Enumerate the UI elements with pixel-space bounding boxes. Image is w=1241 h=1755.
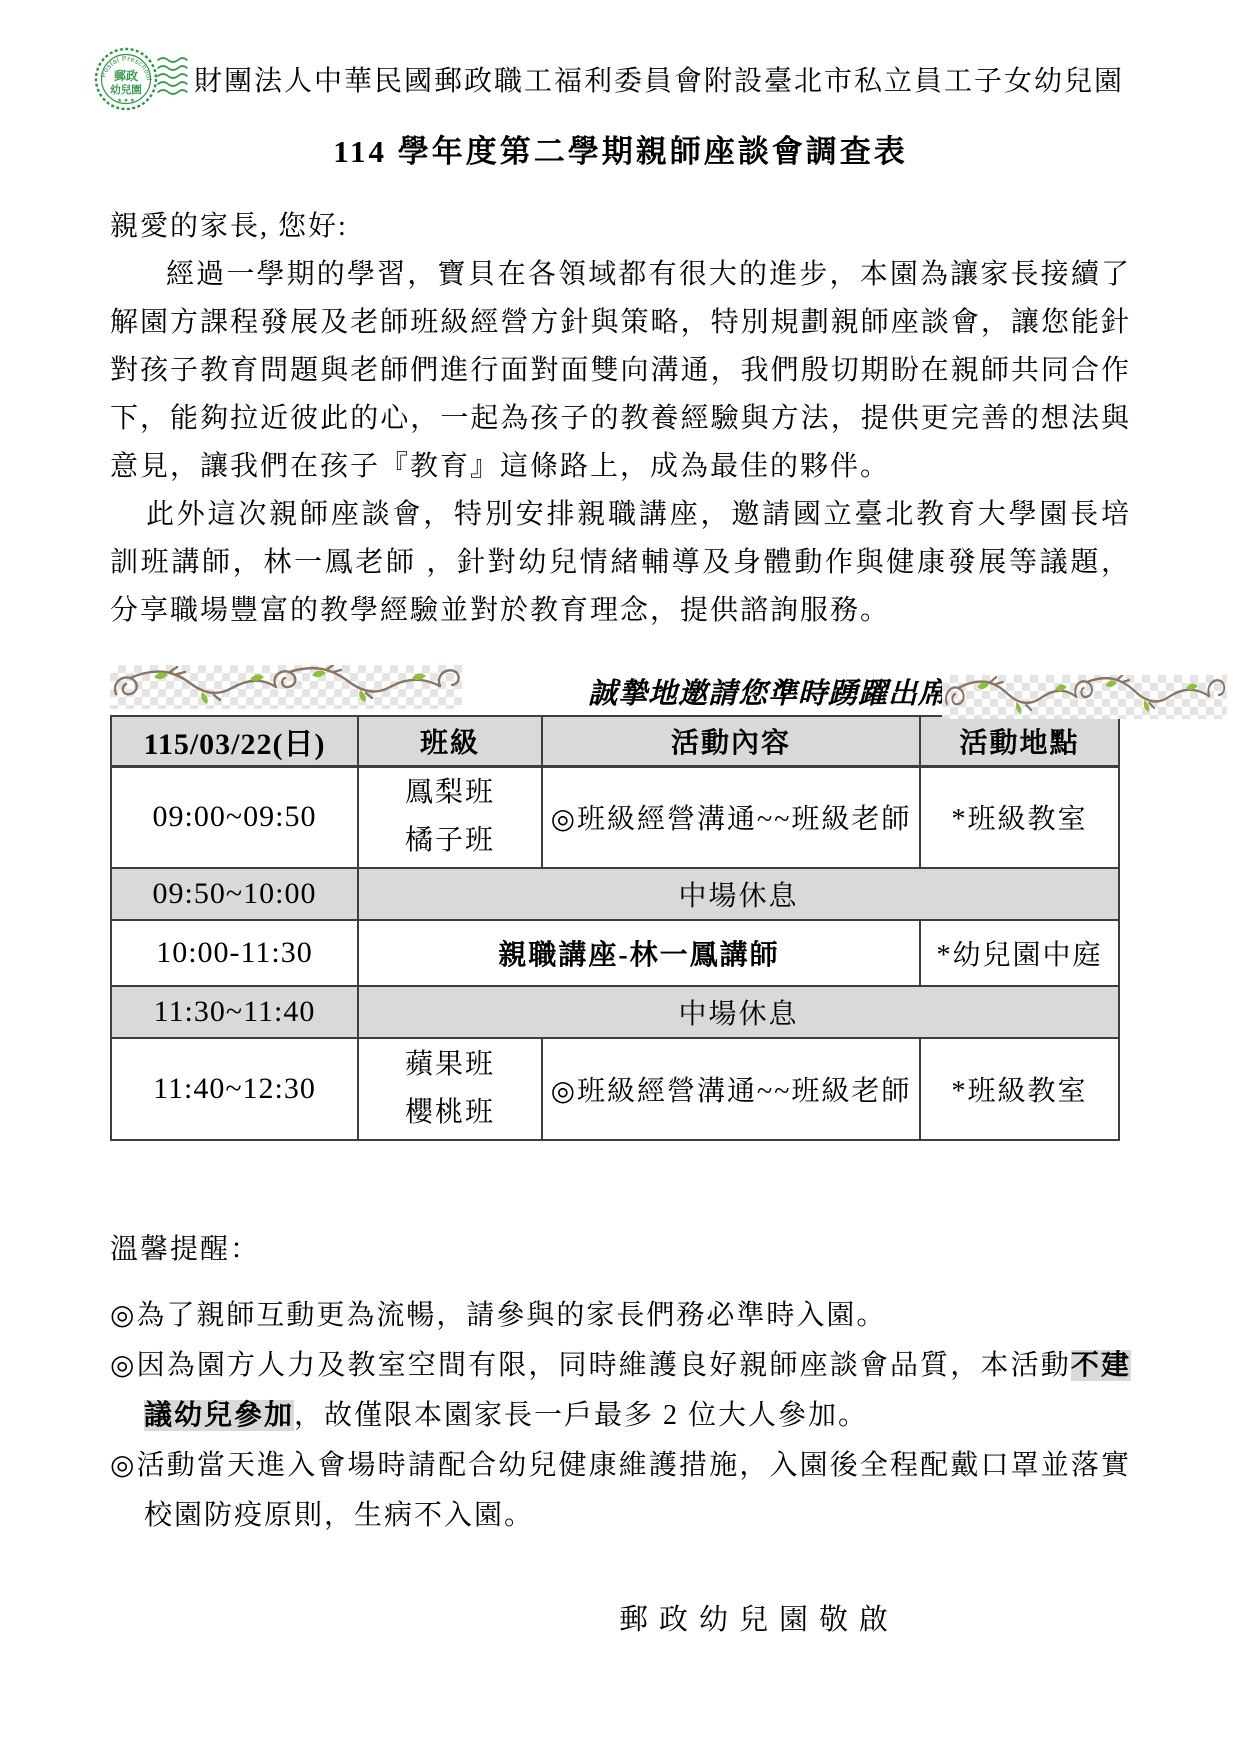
schedule-header-row: 115/03/22(日) 班級 活動內容 活動地點 (111, 716, 1119, 766)
reminder-item-3: ◎活動當天進入會場時請配合幼兒健康維護措施，入園後全程配戴口罩並落實校園防疫原則… (110, 1441, 1131, 1541)
header: Postal Preschool 郵政 幼兒園 ★ ★ ★ 財團法人中華民國郵政… (0, 0, 1241, 118)
stamp-center-text-1: 郵政 (114, 68, 138, 83)
reminder-item-2-text: ◎因為園方人力及教室空間有限，同時維護良好親師座談會品質，本活動 (110, 1350, 1071, 1381)
class-name: 櫻桃班 (363, 1089, 537, 1137)
schedule-break-cell: 中場休息 (358, 986, 1119, 1038)
reminder-item-2-text: ，故僅限本園家長一戶最多 2 位大人參加。 (294, 1400, 868, 1431)
class-name: 蘋果班 (363, 1041, 537, 1089)
schedule-class-cell: 鳳梨班 橘子班 (358, 766, 542, 868)
vine-ornament-right-icon (942, 675, 1227, 719)
invitation-banner: 誠摯地邀請您準時踴躍出席 (110, 665, 1131, 715)
schedule-time-cell: 10:00-11:30 (111, 920, 358, 986)
postal-preschool-stamp-icon: Postal Preschool 郵政 幼兒園 ★ ★ ★ (92, 42, 188, 116)
schedule-date-header: 115/03/22(日) (111, 716, 358, 766)
schedule-time-cell: 11:40~12:30 (111, 1038, 358, 1140)
schedule-time-cell: 09:50~10:00 (111, 868, 358, 920)
schedule-break-row: 09:50~10:00 中場休息 (111, 868, 1119, 920)
schedule-col-location: 活動地點 (920, 716, 1119, 766)
schedule-col-class: 班級 (358, 716, 542, 766)
schedule-activity-cell: ◎班級經營溝通~~班級老師 (542, 766, 920, 868)
stamp-stars: ★ ★ ★ (117, 97, 135, 104)
invitation-text: 誠摯地邀請您準時踴躍出席 (588, 671, 948, 712)
schedule-activity-cell: ◎班級經營溝通~~班級老師 (542, 1038, 920, 1140)
schedule-time-cell: 09:00~09:50 (111, 766, 358, 868)
postmark-waves-icon (158, 58, 187, 94)
schedule-time-cell: 11:30~11:40 (111, 986, 358, 1038)
document-page: Postal Preschool 郵政 幼兒園 ★ ★ ★ 財團法人中華民國郵政… (0, 0, 1241, 1755)
schedule-lecture-row: 10:00-11:30 親職講座-林一鳳講師 *幼兒園中庭 (111, 920, 1119, 986)
stamp-center-text-2: 幼兒園 (110, 83, 142, 96)
class-name: 鳳梨班 (363, 769, 537, 817)
vine-ornament-left-icon (110, 665, 462, 709)
reminder-item-2: ◎因為園方人力及教室空間有限，同時維護良好親師座談會品質，本活動不建議幼兒參加，… (110, 1341, 1131, 1441)
reminders-heading: 溫馨提醒： (110, 1225, 1131, 1275)
schedule-break-cell: 中場休息 (358, 868, 1119, 920)
schedule-class-cell: 蘋果班 櫻桃班 (358, 1038, 542, 1140)
schedule-lecture-cell: 親職講座-林一鳳講師 (358, 920, 920, 986)
schedule-break-row: 11:30~11:40 中場休息 (111, 986, 1119, 1038)
document-title: 114 學年度第二學期親師座談會調查表 (0, 126, 1241, 171)
schedule-location-cell: *班級教室 (920, 766, 1119, 868)
schedule-col-activity: 活動內容 (542, 716, 920, 766)
reminders-list: ◎為了親師互動更為流暢，請參與的家長們務必準時入園。 ◎因為園方人力及教室空間有… (110, 1291, 1131, 1541)
organization-name: 財團法人中華民國郵政職工福利委員會附設臺北市私立員工子女幼兒園 (194, 59, 1124, 99)
reminder-item-1: ◎為了親師互動更為流暢，請參與的家長們務必準時入園。 (110, 1291, 1131, 1341)
class-name: 橘子班 (363, 817, 537, 865)
schedule-row-5: 11:40~12:30 蘋果班 櫻桃班 ◎班級經營溝通~~班級老師 *班級教室 (111, 1038, 1119, 1140)
schedule-row-1: 09:00~09:50 鳳梨班 橘子班 ◎班級經營溝通~~班級老師 *班級教室 (111, 766, 1119, 868)
schedule-location-cell: *班級教室 (920, 1038, 1119, 1140)
signature: 郵政幼兒園敬啟 (110, 1597, 1131, 1638)
greeting-line: 親愛的家長, 您好: (110, 203, 1131, 251)
letter-body: 親愛的家長, 您好: 經過一學期的學習，寶貝在各領域都有很大的進步，本園為讓家長… (110, 203, 1131, 635)
reminders-section: 溫馨提醒： ◎為了親師互動更為流暢，請參與的家長們務必準時入園。 ◎因為園方人力… (110, 1225, 1131, 1638)
letter-paragraph-1: 經過一學期的學習，寶貝在各領域都有很大的進步，本園為讓家長接續了解園方課程發展及… (110, 251, 1131, 491)
letter-paragraph-2: 此外這次親師座談會，特別安排親職講座，邀請國立臺北教育大學園長培訓班講師，林一鳳… (110, 491, 1131, 635)
schedule-location-cell: *幼兒園中庭 (920, 920, 1119, 986)
schedule-table: 115/03/22(日) 班級 活動內容 活動地點 09:00~09:50 鳳梨… (110, 715, 1120, 1141)
